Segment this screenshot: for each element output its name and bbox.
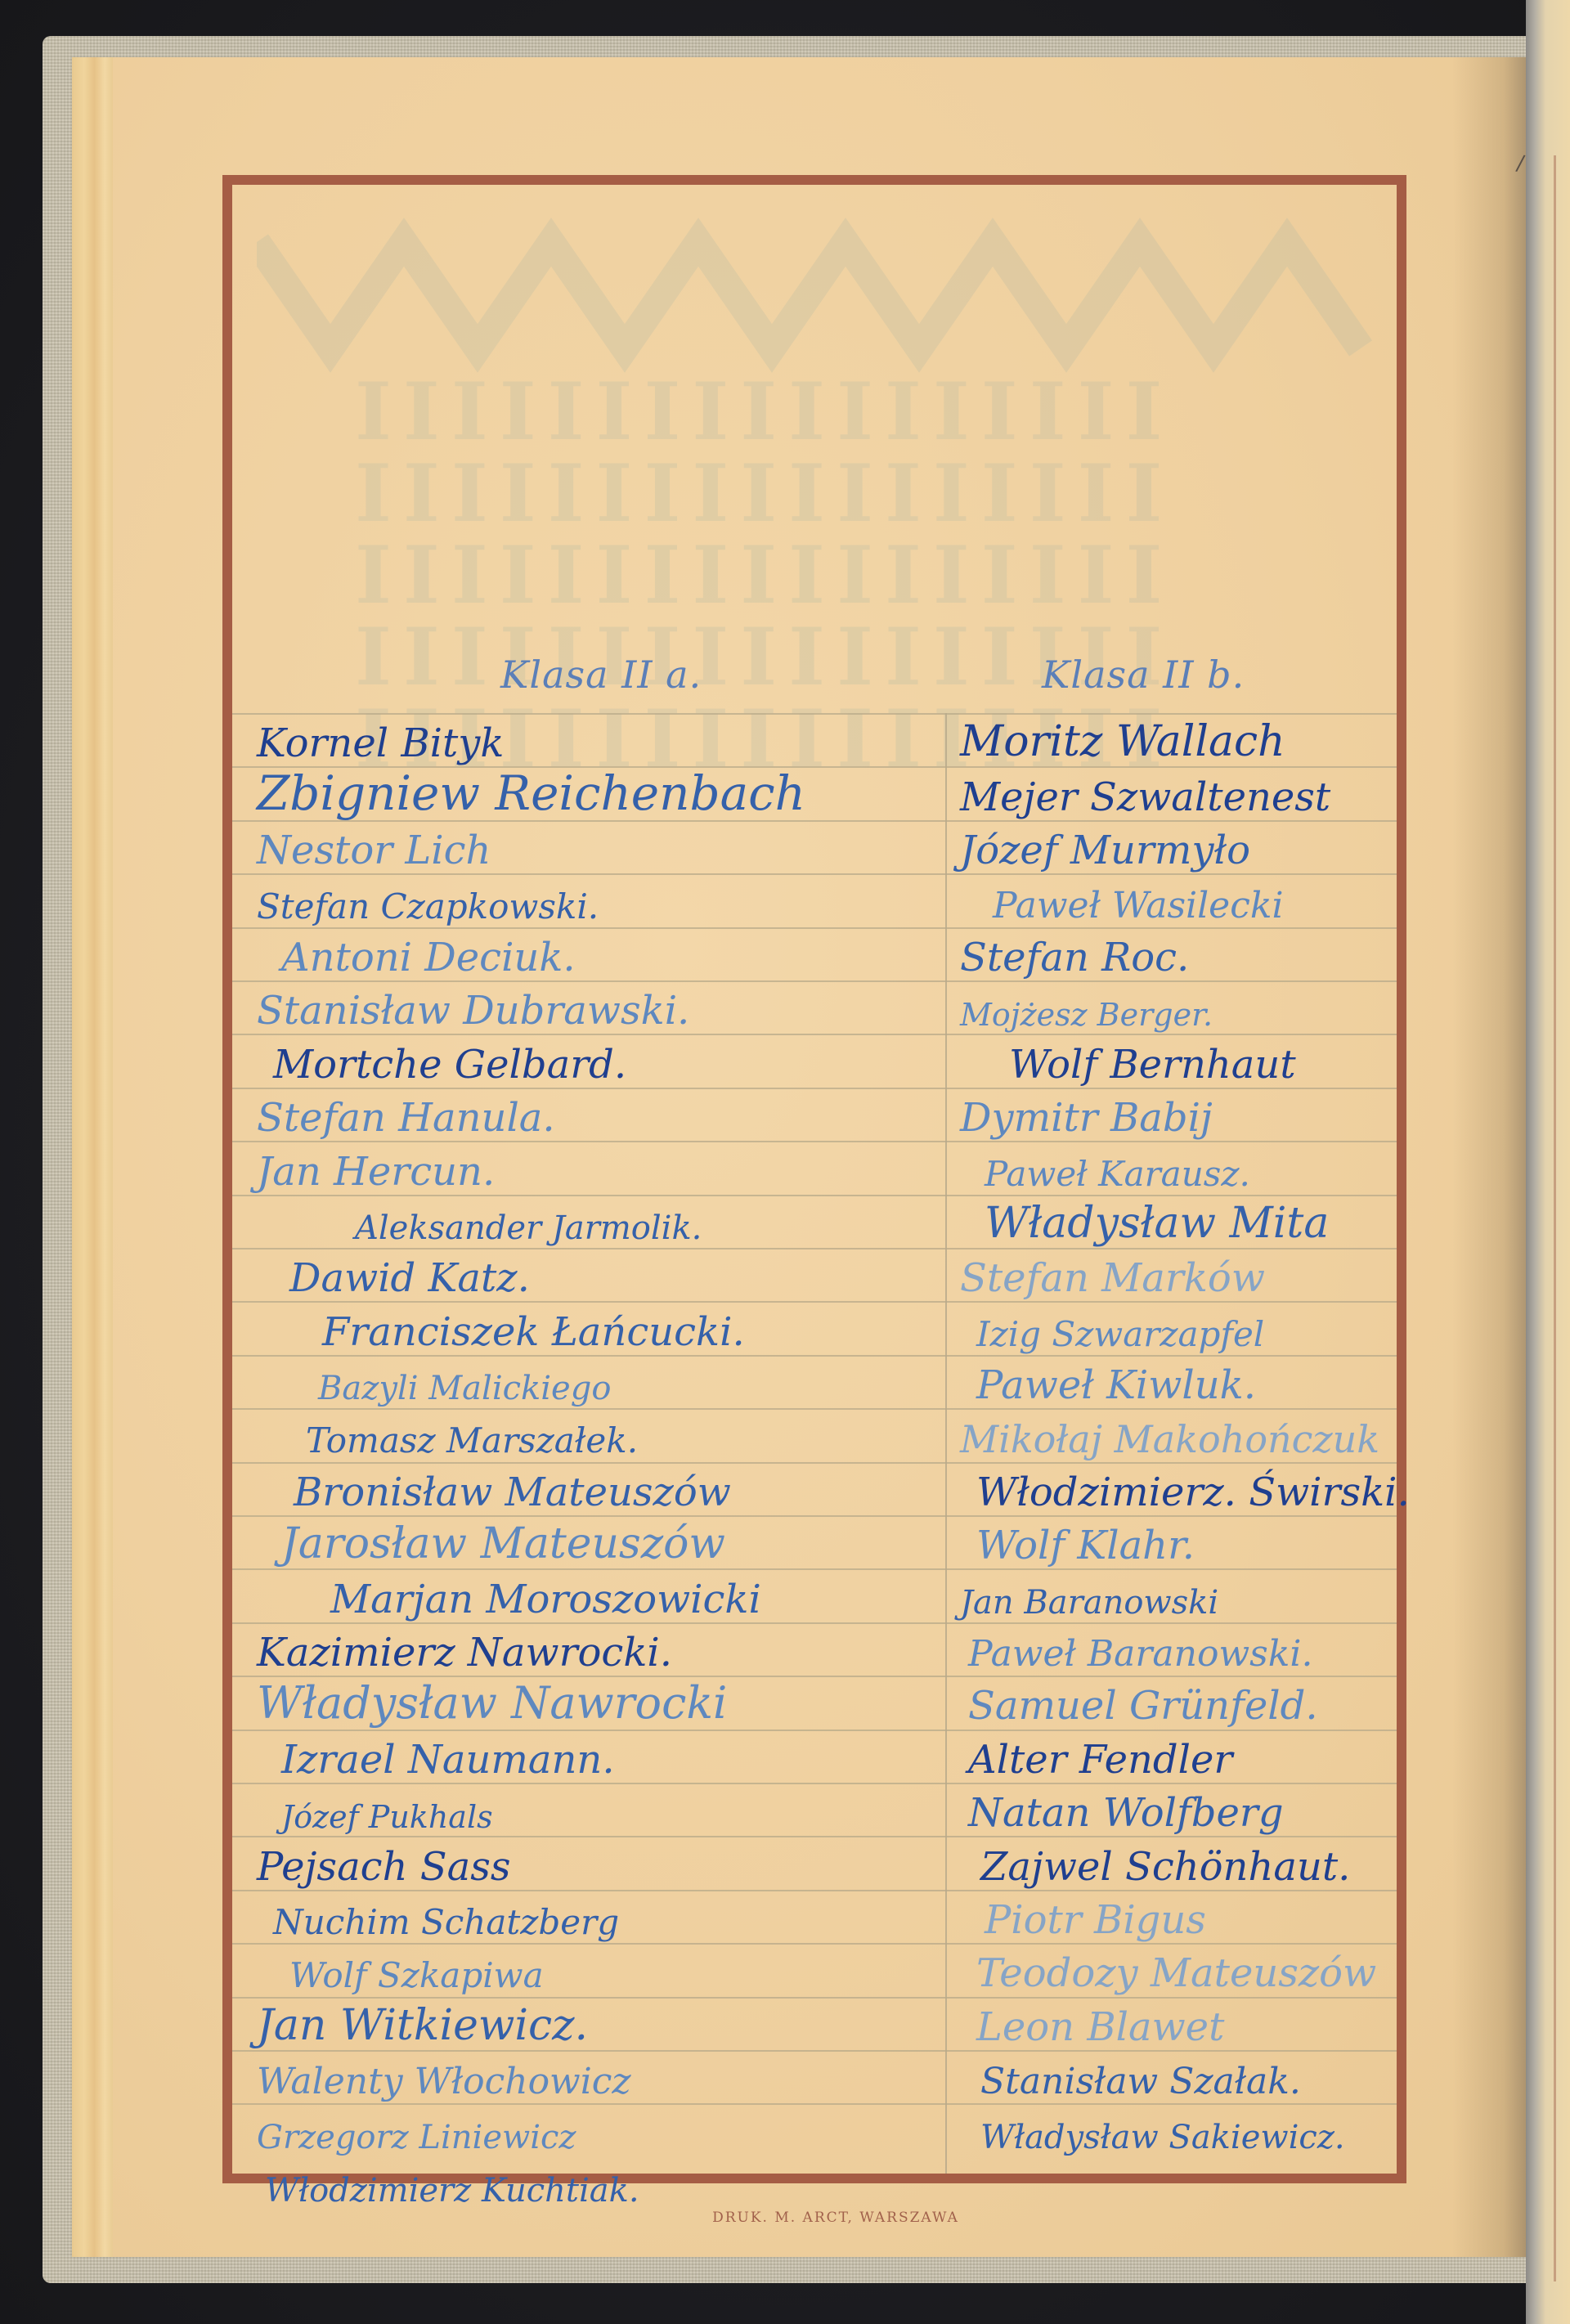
list-item: Mejer Szwaltenest bbox=[960, 766, 1402, 819]
printer-credit: DRUK. M. ARCT, WARSZAWA bbox=[113, 2210, 1526, 2226]
watermark-ornament: IIIIIIIIIIIIIIIII IIIIIIIIIIIIIIIII IIII… bbox=[257, 209, 1385, 798]
list-item: Aleksander Jarmolik. bbox=[257, 1195, 935, 1248]
list-item: Włodzimierz. Świrski. bbox=[960, 1461, 1402, 1514]
list-item: Dymitr Babij bbox=[960, 1088, 1402, 1141]
list-item: Jan Hercun. bbox=[257, 1141, 935, 1194]
list-item: Leon Blawet bbox=[960, 1996, 1402, 2049]
list-item: Stanisław Szałak. bbox=[960, 2050, 1402, 2103]
list-item: Władysław Sakiewicz. bbox=[960, 2103, 1402, 2156]
list-item: Bronisław Mateuszów bbox=[257, 1461, 935, 1514]
list-item: Józef Murmyło bbox=[960, 820, 1402, 873]
page-edges bbox=[72, 57, 114, 2257]
list-item: Władysław Nawrocki bbox=[257, 1676, 935, 1729]
list-item: Władysław Mita bbox=[960, 1195, 1402, 1248]
column-heading-class-2a: Klasa II a. bbox=[500, 653, 702, 697]
list-item: Mortche Gelbard. bbox=[257, 1034, 935, 1087]
facing-page-frame-edge bbox=[1554, 155, 1556, 2281]
list-item: Stefan Roc. bbox=[960, 927, 1402, 980]
list-item: Józef Pukhals bbox=[257, 1783, 935, 1836]
column-heading-class-2b: Klasa II b. bbox=[1042, 653, 1245, 697]
list-item: Włodzimierz Kuchtiak. bbox=[257, 2157, 935, 2210]
list-item: Jarosław Mateuszów bbox=[257, 1515, 935, 1568]
list-item: Teodozy Mateuszów bbox=[960, 1943, 1402, 1996]
list-item: Izrael Naumann. bbox=[257, 1729, 935, 1782]
class-2a-name-list: Kornel Bityk Zbigniew Reichenbach Nestor… bbox=[257, 713, 935, 2210]
list-item: Grzegorz Liniewicz bbox=[257, 2103, 935, 2156]
list-item: Alter Fendler bbox=[960, 1729, 1402, 1782]
list-item: Stefan Czapkowski. bbox=[257, 873, 935, 926]
list-item: Pejsach Sass bbox=[257, 1836, 935, 1889]
list-item: Zajwel Schönhaut. bbox=[960, 1836, 1402, 1889]
list-item: Walenty Włochowicz bbox=[257, 2050, 935, 2103]
list-item: Wolf Klahr. bbox=[960, 1515, 1402, 1568]
list-item: Paweł Karausz. bbox=[960, 1141, 1402, 1194]
book-page: IIIIIIIIIIIIIIIII IIIIIIIIIIIIIIIII IIII… bbox=[113, 57, 1526, 2257]
list-item: Wolf Szkapiwa bbox=[257, 1943, 935, 1996]
list-item: Dawid Katz. bbox=[257, 1248, 935, 1301]
list-item: Marjan Moroszowicki bbox=[257, 1568, 935, 1622]
gutter-shadow bbox=[1452, 57, 1526, 2257]
list-item: Mojżesz Berger. bbox=[960, 980, 1402, 1034]
list-item: Paweł Wasilecki bbox=[960, 873, 1402, 926]
class-2b-name-list: Moritz Wallach Mejer Szwaltenest Józef M… bbox=[960, 713, 1402, 2157]
list-item: Nestor Lich bbox=[257, 820, 935, 873]
list-item: Samuel Grünfeld. bbox=[960, 1676, 1402, 1729]
list-item: Stefan Marków bbox=[960, 1248, 1402, 1301]
list-item: Kornel Bityk bbox=[257, 713, 935, 766]
zigzag-ornament-icon bbox=[257, 209, 1385, 373]
list-item: Stefan Hanula. bbox=[257, 1088, 935, 1141]
book-spine bbox=[1526, 0, 1570, 2324]
list-item: Jan Baranowski bbox=[960, 1568, 1402, 1622]
list-item: Stanisław Dubrawski. bbox=[257, 980, 935, 1034]
list-item: Paweł Baranowski. bbox=[960, 1622, 1402, 1676]
list-item: Tomasz Marszałek. bbox=[257, 1408, 935, 1461]
column-divider bbox=[945, 713, 947, 2174]
list-item: Zbigniew Reichenbach bbox=[257, 766, 935, 819]
list-item: Franciszek Łańcucki. bbox=[257, 1301, 935, 1354]
list-item: Piotr Bigus bbox=[960, 1890, 1402, 1943]
list-item: Moritz Wallach bbox=[960, 713, 1402, 766]
list-item: Kazimierz Nawrocki. bbox=[257, 1622, 935, 1676]
list-item: Jan Witkiewicz. bbox=[257, 1996, 935, 2049]
list-item: Bazyli Malickiego bbox=[257, 1355, 935, 1408]
list-item: Nuchim Schatzberg bbox=[257, 1890, 935, 1943]
list-item: Paweł Kiwluk. bbox=[960, 1355, 1402, 1408]
list-item: Mikołaj Makohończuk bbox=[960, 1408, 1402, 1461]
list-item: Wolf Bernhaut bbox=[960, 1034, 1402, 1087]
printed-frame: IIIIIIIIIIIIIIIII IIIIIIIIIIIIIIIII IIII… bbox=[222, 175, 1406, 2183]
list-item: Antoni Deciuk. bbox=[257, 927, 935, 980]
list-item: Izig Szwarzapfel bbox=[960, 1301, 1402, 1354]
list-item: Natan Wolfberg bbox=[960, 1783, 1402, 1836]
